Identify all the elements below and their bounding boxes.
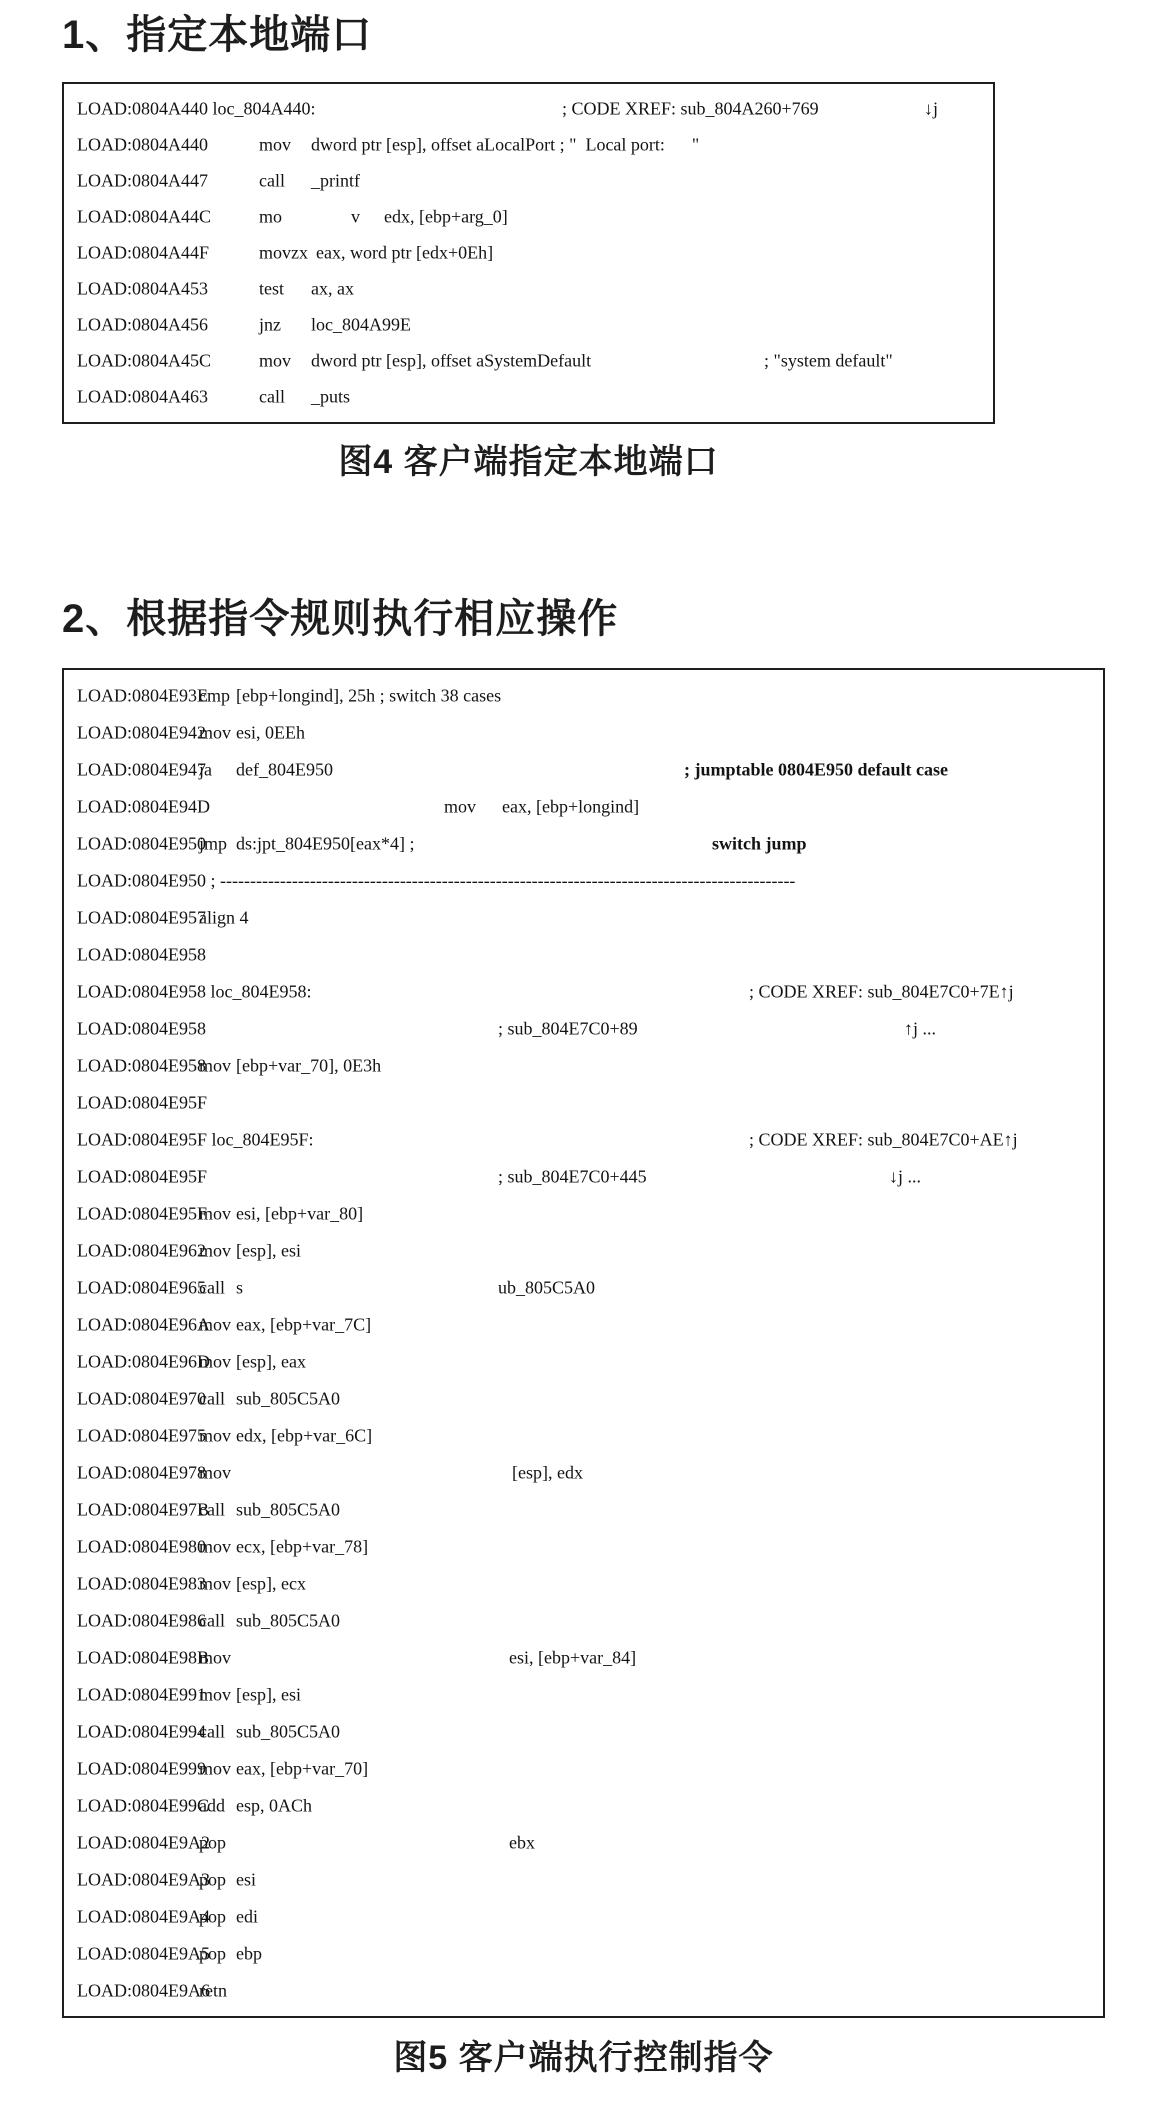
code-segment: LOAD:0804E9A6 <box>77 1980 210 2001</box>
code-line: LOAD:0804E986callsub_805C5A0 <box>64 1602 1103 1639</box>
code-segment: LOAD:0804E95F <box>77 1203 207 1224</box>
code-segment: def_804E950 <box>236 759 333 780</box>
code-segment: dword ptr [esp], offset aSystemDefault <box>311 351 591 372</box>
code-segment: [ebp+longind], 25h ; switch 38 cases <box>236 685 501 706</box>
code-segment: LOAD:0804A463 <box>77 387 208 408</box>
code-segment: mov <box>199 1351 231 1372</box>
code-segment: mov <box>199 1573 231 1594</box>
code-segment: ; jumptable 0804E950 default case <box>684 759 948 780</box>
code-segment: call <box>199 1499 225 1520</box>
code-segment: ebx <box>509 1832 535 1853</box>
code-segment: LOAD:0804E97B <box>77 1499 209 1520</box>
code-segment: [esp], edx <box>512 1462 583 1483</box>
code-segment: [esp], eax <box>236 1351 306 1372</box>
code-segment: LOAD:0804E950 ; ------------------------… <box>77 870 795 891</box>
code-segment: mov <box>199 722 231 743</box>
code-segment: ↓j ... <box>889 1166 921 1187</box>
code-segment: LOAD:0804A44F <box>77 243 209 264</box>
code-segment: LOAD:0804E958 loc_804E958: <box>77 981 311 1002</box>
code-segment: LOAD:0804E9A5 <box>77 1943 210 1964</box>
code-segment: ja <box>199 759 212 780</box>
code-line: LOAD:0804E950jmpds:jpt_804E950[eax*4] ;s… <box>64 825 1103 862</box>
figure5-disassembly-block: LOAD:0804E93Ecmp[ebp+longind], 25h ; swi… <box>62 668 1105 2018</box>
code-segment: [esp], esi <box>236 1240 301 1261</box>
code-line: LOAD:0804E980movecx, [ebp+var_78] <box>64 1528 1103 1565</box>
code-segment: LOAD:0804A440 loc_804A440: <box>77 99 315 120</box>
code-segment: LOAD:0804A440 <box>77 135 208 156</box>
section-2-heading: 2、根据指令规则执行相应操作 <box>62 596 1170 642</box>
code-segment: ; "system default" <box>764 351 893 372</box>
code-segment: sub_805C5A0 <box>236 1388 340 1409</box>
code-segment: LOAD:0804E94D <box>77 796 210 817</box>
code-segment: call <box>259 387 285 408</box>
code-segment: LOAD:0804E958 <box>77 944 206 965</box>
code-line: LOAD:0804E95F; sub_804E7C0+445↓j ... <box>64 1158 1103 1195</box>
code-segment: ax, ax <box>311 279 354 300</box>
code-line: LOAD:0804E999moveax, [ebp+var_70] <box>64 1750 1103 1787</box>
code-segment: switch jump <box>712 833 807 854</box>
code-segment: ebp <box>236 1943 262 1964</box>
code-segment: edi <box>236 1906 258 1927</box>
code-segment: esi, [ebp+var_84] <box>509 1647 636 1668</box>
code-segment: LOAD:0804E983 <box>77 1573 206 1594</box>
code-segment: call <box>199 1721 225 1742</box>
code-line: LOAD:0804E99Caddesp, 0ACh <box>64 1787 1103 1824</box>
figure5-caption: 图5 客户端执行控制指令 <box>62 2036 1105 2080</box>
code-segment: ↑j ... <box>904 1018 936 1039</box>
code-line: LOAD:0804E991mov[esp], esi <box>64 1676 1103 1713</box>
code-segment: LOAD:0804E93E <box>77 685 208 706</box>
code-segment: LOAD:0804E991 <box>77 1684 206 1705</box>
code-segment: dword ptr [esp], offset aLocalPort ; " L… <box>311 135 699 156</box>
code-segment: LOAD:0804E942 <box>77 722 206 743</box>
code-segment: pop <box>199 1943 226 1964</box>
code-segment: mov <box>199 1684 231 1705</box>
section-1-heading: 1、指定本地端口 <box>62 0 1170 58</box>
code-line: LOAD:0804E965callsub_805C5A0 <box>64 1269 1103 1306</box>
code-segment: sub_805C5A0 <box>236 1499 340 1520</box>
code-segment: pop <box>199 1832 226 1853</box>
code-segment: sub_805C5A0 <box>236 1721 340 1742</box>
code-line: LOAD:0804E9A6retn <box>64 1972 1103 2009</box>
code-line: LOAD:0804E950 ; ------------------------… <box>64 862 1103 899</box>
code-segment: mov <box>199 1314 231 1335</box>
code-segment: LOAD:0804E9A4 <box>77 1906 210 1927</box>
code-segment: mov <box>199 1536 231 1557</box>
code-segment: LOAD:0804E978 <box>77 1462 206 1483</box>
code-segment: edx, [ebp+var_6C] <box>236 1425 372 1446</box>
code-segment: s <box>236 1277 243 1298</box>
code-segment: eax, [ebp+var_7C] <box>236 1314 371 1335</box>
code-segment: LOAD:0804E986 <box>77 1610 206 1631</box>
code-segment: mov <box>199 1647 231 1668</box>
code-segment: LOAD:0804E95F <box>77 1166 207 1187</box>
code-segment: mov <box>199 1425 231 1446</box>
figure4-disassembly-block: LOAD:0804A440 loc_804A440:; CODE XREF: s… <box>62 82 995 424</box>
code-segment: [ebp+var_70], 0E3h <box>236 1055 381 1076</box>
code-line: LOAD:0804A463call_puts <box>64 379 993 415</box>
code-segment: esi <box>236 1869 256 1890</box>
code-segment: ds:jpt_804E950[eax*4] ; <box>236 833 414 854</box>
code-line: LOAD:0804E983mov[esp], ecx <box>64 1565 1103 1602</box>
code-segment: LOAD:0804E950 <box>77 833 206 854</box>
code-segment: LOAD:0804E96D <box>77 1351 210 1372</box>
code-line: LOAD:0804E942movesi, 0EEh <box>64 714 1103 751</box>
code-segment: LOAD:0804E9A2 <box>77 1832 210 1853</box>
code-line: LOAD:0804E97Bcallsub_805C5A0 <box>64 1491 1103 1528</box>
code-segment: call <box>259 171 285 192</box>
code-segment: LOAD:0804E994 <box>77 1721 206 1742</box>
code-line: LOAD:0804E9A4popedi <box>64 1898 1103 1935</box>
code-line: LOAD:0804E96Dmov[esp], eax <box>64 1343 1103 1380</box>
code-segment: eax, [ebp+longind] <box>502 796 639 817</box>
code-line: LOAD:0804E95Fmovesi, [ebp+var_80] <box>64 1195 1103 1232</box>
code-segment: LOAD:0804A45C <box>77 351 211 372</box>
code-segment: esi, [ebp+var_80] <box>236 1203 363 1224</box>
code-segment: [esp], ecx <box>236 1573 306 1594</box>
code-segment: LOAD:0804E965 <box>77 1277 206 1298</box>
code-segment: add <box>199 1795 225 1816</box>
code-segment: _printf <box>311 171 360 192</box>
code-segment: ; CODE XREF: sub_804E7C0+AE↑j <box>749 1129 1018 1150</box>
code-line: LOAD:0804A45Cmovdword ptr [esp], offset … <box>64 343 993 379</box>
code-segment: mov <box>199 1203 231 1224</box>
code-line: LOAD:0804A447call_printf <box>64 163 993 199</box>
code-segment: _puts <box>311 387 350 408</box>
code-line: LOAD:0804E970callsub_805C5A0 <box>64 1380 1103 1417</box>
code-line: LOAD:0804E9A3popesi <box>64 1861 1103 1898</box>
code-line: LOAD:0804E962mov[esp], esi <box>64 1232 1103 1269</box>
code-segment: LOAD:0804A453 <box>77 279 208 300</box>
code-line: LOAD:0804E958 <box>64 936 1103 973</box>
code-line: LOAD:0804E958; sub_804E7C0+89↑j ... <box>64 1010 1103 1047</box>
code-segment: LOAD:0804E98B <box>77 1647 209 1668</box>
code-segment: LOAD:0804E96A <box>77 1314 210 1335</box>
code-line: LOAD:0804E975movedx, [ebp+var_6C] <box>64 1417 1103 1454</box>
code-line: LOAD:0804E98Bmovesi, [ebp+var_84] <box>64 1639 1103 1676</box>
code-segment: retn <box>199 1980 227 2001</box>
code-segment: LOAD:0804E95F loc_804E95F: <box>77 1129 314 1150</box>
code-segment: LOAD:0804E95F <box>77 1092 207 1113</box>
code-line: LOAD:0804E95F <box>64 1084 1103 1121</box>
code-line: LOAD:0804A456jnzloc_804A99E <box>64 307 993 343</box>
code-segment: LOAD:0804E999 <box>77 1758 206 1779</box>
code-segment: ; sub_804E7C0+89 <box>498 1018 638 1039</box>
code-segment: LOAD:0804E975 <box>77 1425 206 1446</box>
code-segment: jmp <box>199 833 227 854</box>
code-segment: LOAD:0804E970 <box>77 1388 206 1409</box>
code-segment: ub_805C5A0 <box>498 1277 595 1298</box>
code-segment: LOAD:0804A447 <box>77 171 208 192</box>
code-line: LOAD:0804E994callsub_805C5A0 <box>64 1713 1103 1750</box>
code-segment: mov <box>259 351 291 372</box>
code-segment: mov <box>199 1758 231 1779</box>
code-segment: call <box>199 1388 225 1409</box>
code-segment: pop <box>199 1869 226 1890</box>
code-segment: mov <box>199 1240 231 1261</box>
code-line: LOAD:0804A44Cmovedx, [ebp+arg_0] <box>64 199 993 235</box>
code-line: LOAD:0804E93Ecmp[ebp+longind], 25h ; swi… <box>64 677 1103 714</box>
code-line: LOAD:0804A453testax, ax <box>64 271 993 307</box>
code-segment: edx, [ebp+arg_0] <box>384 207 508 228</box>
code-line: LOAD:0804E957align 4 <box>64 899 1103 936</box>
code-segment: LOAD:0804E980 <box>77 1536 206 1557</box>
code-segment: esp, 0ACh <box>236 1795 312 1816</box>
code-segment: mo <box>259 207 282 228</box>
code-segment: ; CODE XREF: sub_804E7C0+7E↑j <box>749 981 1014 1002</box>
code-line: LOAD:0804E958mov[ebp+var_70], 0E3h <box>64 1047 1103 1084</box>
code-segment: ↓j <box>924 99 938 120</box>
figure4-caption: 图4 客户端指定本地端口 <box>62 440 995 484</box>
code-segment: v <box>351 207 360 228</box>
code-segment: pop <box>199 1906 226 1927</box>
code-segment: LOAD:0804E957 <box>77 907 206 928</box>
code-segment: movzx <box>259 243 308 264</box>
code-segment: eax, word ptr [edx+0Eh] <box>316 243 493 264</box>
code-segment: loc_804A99E <box>311 315 411 336</box>
code-line: LOAD:0804A44Fmovzxeax, word ptr [edx+0Eh… <box>64 235 993 271</box>
code-line: LOAD:0804A440 loc_804A440:; CODE XREF: s… <box>64 91 993 127</box>
article-page: 1、指定本地端口 LOAD:0804A440 loc_804A440:; COD… <box>0 0 1170 2111</box>
code-segment: ecx, [ebp+var_78] <box>236 1536 368 1557</box>
code-line: LOAD:0804E978mov[esp], edx <box>64 1454 1103 1491</box>
code-segment: mov <box>199 1055 231 1076</box>
code-segment: LOAD:0804E958 <box>77 1055 206 1076</box>
code-segment: call <box>199 1610 225 1631</box>
code-segment: LOAD:0804A456 <box>77 315 208 336</box>
code-segment: ; CODE XREF: sub_804A260+769 <box>562 99 819 120</box>
code-segment: esi, 0EEh <box>236 722 305 743</box>
code-line: LOAD:0804E9A2popebx <box>64 1824 1103 1861</box>
code-segment: call <box>199 1277 225 1298</box>
code-segment: cmp <box>199 685 230 706</box>
code-segment: [esp], esi <box>236 1684 301 1705</box>
code-segment: LOAD:0804E958 <box>77 1018 206 1039</box>
code-segment: LOAD:0804A44C <box>77 207 211 228</box>
code-segment: sub_805C5A0 <box>236 1610 340 1631</box>
code-line: LOAD:0804E958 loc_804E958:; CODE XREF: s… <box>64 973 1103 1010</box>
code-segment: align 4 <box>199 907 249 928</box>
code-line: LOAD:0804A440movdword ptr [esp], offset … <box>64 127 993 163</box>
code-segment: LOAD:0804E962 <box>77 1240 206 1261</box>
code-line: LOAD:0804E94Dmoveax, [ebp+longind] <box>64 788 1103 825</box>
code-segment: LOAD:0804E99C <box>77 1795 209 1816</box>
code-line: LOAD:0804E947jadef_804E950; jumptable 08… <box>64 751 1103 788</box>
code-segment: mov <box>259 135 291 156</box>
code-line: LOAD:0804E96Amoveax, [ebp+var_7C] <box>64 1306 1103 1343</box>
code-segment: eax, [ebp+var_70] <box>236 1758 368 1779</box>
code-line: LOAD:0804E9A5popebp <box>64 1935 1103 1972</box>
code-segment: LOAD:0804E9A3 <box>77 1869 210 1890</box>
code-segment: mov <box>444 796 476 817</box>
code-segment: jnz <box>259 315 281 336</box>
code-segment: LOAD:0804E947 <box>77 759 206 780</box>
code-segment: mov <box>199 1462 231 1483</box>
code-segment: ; sub_804E7C0+445 <box>498 1166 647 1187</box>
code-segment: test <box>259 279 284 300</box>
code-line: LOAD:0804E95F loc_804E95F:; CODE XREF: s… <box>64 1121 1103 1158</box>
